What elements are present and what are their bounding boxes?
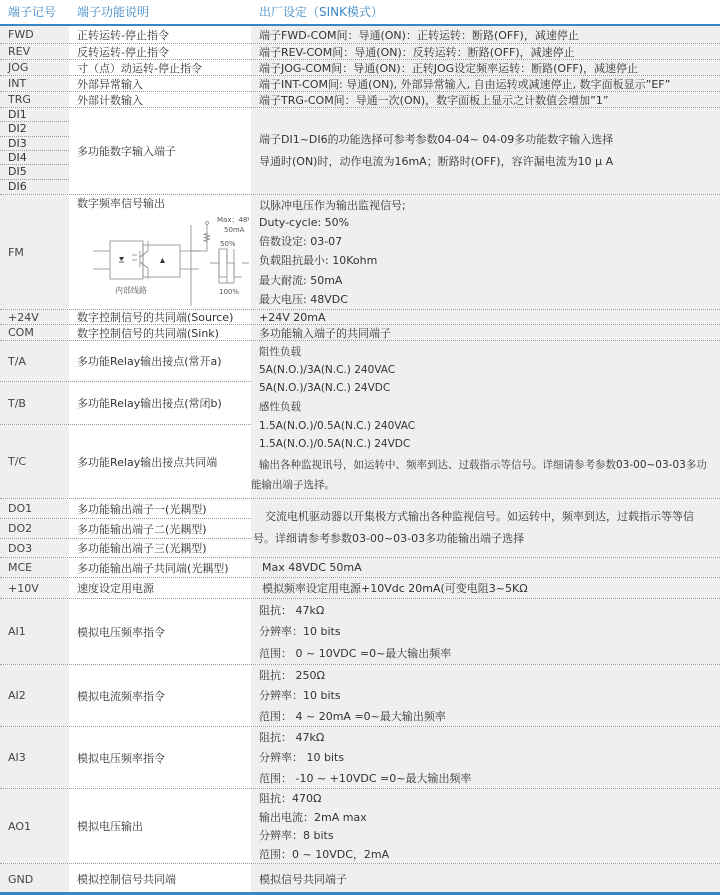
do-desc: 交流电机驱动器以开集极方式输出各种监视信号。如运转中，频率到达，过载指示等等信号… — [251, 506, 720, 550]
fm-diagram-internal-label: 内部线路 — [115, 285, 147, 295]
terminal-default: 模拟信号共同端子 — [251, 864, 720, 894]
terminal-key: DO3 — [0, 539, 69, 557]
terminal-default: Max 48VDC 50mA — [251, 558, 720, 577]
terminal-default: 端子TRG-COM间：导通一次(ON)，数字面板上显示之计数值会增加”1” — [251, 92, 720, 107]
terminal-key: AI2 — [0, 665, 69, 726]
terminal-key: REV — [0, 44, 69, 59]
terminal-key: +24V — [0, 310, 69, 324]
terminal-key: DI1 — [0, 108, 69, 122]
terminal-spec-table: 端子记号 端子功能说明 出厂设定（SINK模式） FWD 正转运转-停止指令 端… — [0, 0, 720, 894]
terminal-key: AI1 — [0, 599, 69, 664]
terminal-function: 寸（点）动运转-停止指令 — [69, 60, 251, 75]
terminal-function: 模拟电流频率指令 — [69, 665, 251, 726]
terminal-function: 多功能数字输入端子 — [69, 108, 251, 194]
terminal-function: 模拟电压频率指令 — [69, 727, 251, 788]
terminal-default: 交流电机驱动器以开集极方式输出各种监视信号。如运转中，频率到达，过载指示等等信号… — [251, 499, 720, 557]
table-row-10v: +10V 速度设定用电源 模拟频率设定用电源+10Vdc 20mA(可变电阻3~… — [0, 578, 720, 599]
fm-desc-list: 以脉冲电压作为输出监视信号; Duty-cycle: 50% 倍数设定: 03-… — [259, 195, 406, 309]
relay-desc-line: 1.5A(N.O.)/0.5A(N.C.) 24VDC — [259, 438, 720, 450]
terminal-default: 端子INT-COM间: 导通(ON), 外部异常输入, 自由运转或减速停止, 数… — [251, 76, 720, 91]
terminal-key: DI3 — [0, 137, 69, 151]
relay-desc-line: 1.5A(N.O.)/0.5A(N.C.) 240VAC — [259, 420, 720, 432]
ai2-desc-line: 分辨率：10 bits — [259, 687, 446, 703]
table-row-gnd: GND 模拟控制信号共同端 模拟信号共同端子 — [0, 864, 720, 894]
terminal-function: 模拟电压频率指令 — [69, 599, 251, 664]
relay-desc-line: 输出各种监视讯号，如运转中、频率到达、过载指示等信号。详细请参考参数03-00~… — [251, 455, 720, 495]
terminal-key: FM — [0, 195, 69, 309]
fm-diagram-period: 100% — [219, 288, 239, 296]
terminal-key: DO2 — [0, 519, 69, 538]
terminal-function: 数字频率信号输出 — [69, 195, 251, 309]
header-function: 端子功能说明 — [69, 0, 251, 24]
terminal-function: 反转运转-停止指令 — [69, 44, 251, 59]
table-row-tb: T/B 多功能Relay输出接点(常闭b) — [0, 382, 251, 425]
ai2-desc-list: 阻抗： 250Ω 分辨率：10 bits 范围： 4 ~ 20mA =0~最大输… — [259, 665, 446, 726]
ai3-desc-line: 分辨率： 10 bits — [259, 749, 472, 765]
table-row-do3: DO3 多功能输出端子三(光耦型) — [0, 539, 251, 557]
relay-desc-line: 阻性负载 — [259, 344, 720, 359]
terminal-function: 多功能Relay输出接点(常闭b) — [69, 382, 251, 424]
fm-desc-line: 倍数设定: 03-07 — [259, 233, 406, 249]
table-header: 端子记号 端子功能说明 出厂设定（SINK模式） — [0, 0, 720, 26]
table-row-relay-group: T/A 多功能Relay输出接点(常开a) T/B 多功能Relay输出接点(常… — [0, 341, 720, 499]
relay-desc-list: 阻性负载 5A(N.O.)/3A(N.C.) 240VAC 5A(N.O.)/3… — [259, 341, 720, 498]
table-row-do-group: DO1 多功能输出端子一(光耦型) DO2 多功能输出端子二(光耦型) DO3 … — [0, 499, 720, 558]
terminal-default: 阻抗： 47kΩ 分辨率： 10 bits 范围： -10 ~ +10VDC =… — [251, 727, 720, 788]
terminal-key: JOG — [0, 60, 69, 75]
table-row-jog: JOG 寸（点）动运转-停止指令 端子JOG-COM间：导通(ON)：正转JOG… — [0, 60, 720, 76]
relay-desc-line: 5A(N.O.)/3A(N.C.) 240VAC — [259, 364, 720, 376]
terminal-key: DI2 — [0, 122, 69, 136]
terminal-function: 多功能Relay输出接点(常开a) — [69, 341, 251, 381]
terminal-key: TRG — [0, 92, 69, 107]
table-row-ai3: AI3 模拟电压频率指令 阻抗： 47kΩ 分辨率： 10 bits 范围： -… — [0, 727, 720, 789]
table-row-com: COM 数字控制信号的共同端(Sink) 多功能输入端子的共同端子 — [0, 325, 720, 341]
terminal-default: 阻抗： 250Ω 分辨率：10 bits 范围： 4 ~ 20mA =0~最大输… — [251, 665, 720, 726]
terminal-function: 模拟控制信号共同端 — [69, 864, 251, 894]
fm-desc-line: Duty-cycle: 50% — [259, 216, 406, 229]
ai3-desc-line: 范围： -10 ~ +10VDC =0~最大输出频率 — [259, 770, 472, 786]
fm-desc-line: 以脉冲电压作为输出监视信号; — [259, 197, 406, 213]
terminal-default: 端子FWD-COM间：导通(ON)：正转运转：断路(OFF)，减速停止 — [251, 26, 720, 43]
table-row-24v: +24V 数字控制信号的共同端(Source) +24V 20mA — [0, 310, 720, 325]
terminal-default: 以脉冲电压作为输出监视信号; Duty-cycle: 50% 倍数设定: 03-… — [251, 195, 720, 309]
table-row-fwd: FWD 正转运转-停止指令 端子FWD-COM间：导通(ON)：正转运转：断路(… — [0, 26, 720, 44]
table-row-tc: T/C 多功能Relay输出接点共同端 — [0, 425, 251, 498]
di-desc-line: 导通时(ON)时，动作电流为16mA；断路时(OFF)，容许漏电流为10 μ A — [259, 151, 613, 173]
ai1-desc-line: 分辨率：10 bits — [259, 623, 451, 639]
terminal-function: 多功能输出端子一(光耦型) — [69, 499, 251, 518]
fm-diagram-max-voltage: Max；48V — [217, 216, 249, 224]
optocoupler-circuit-diagram: Max；48V 50mA 50% 100% 内部线路 — [77, 211, 249, 307]
terminal-key: +10V — [0, 578, 69, 598]
ai2-desc-line: 阻抗： 250Ω — [259, 667, 446, 683]
do-left: DO1 多功能输出端子一(光耦型) DO2 多功能输出端子二(光耦型) DO3 … — [0, 499, 251, 557]
ao1-desc-line: 范围：0 ~ 10VDC，2mA — [259, 846, 389, 862]
fm-function-label: 数字频率信号输出 — [77, 197, 165, 211]
terminal-key: DO1 — [0, 499, 69, 518]
terminal-default: 模拟频率设定用电源+10Vdc 20mA(可变电阻3~5KΩ — [251, 578, 720, 598]
terminal-function: 数字控制信号的共同端(Sink) — [69, 325, 251, 340]
table-row-ao1: AO1 模拟电压输出 阻抗：470Ω 输出电流：2mA max 分辨率：8 bi… — [0, 789, 720, 864]
terminal-key: AO1 — [0, 789, 69, 863]
header-default: 出厂设定（SINK模式） — [251, 0, 720, 24]
terminal-key: GND — [0, 864, 69, 894]
ai3-desc-line: 阻抗： 47kΩ — [259, 729, 472, 745]
terminal-key: DI4 — [0, 151, 69, 165]
terminal-function: 模拟电压输出 — [69, 789, 251, 863]
terminal-default: 端子REV-COM间：导通(ON)：反转运转：断路(OFF)，减速停止 — [251, 44, 720, 59]
table-row-ai2: AI2 模拟电流频率指令 阻抗： 250Ω 分辨率：10 bits 范围： 4 … — [0, 665, 720, 727]
table-row-di-group: DI1 DI2 DI3 DI4 DI5 DI6 多功能数字输入端子 端子DI1~… — [0, 108, 720, 195]
terminal-function: 外部异常输入 — [69, 76, 251, 91]
table-row-mce: MCE 多功能输出端子共同端(光耦型) Max 48VDC 50mA — [0, 558, 720, 578]
relay-desc-line: 感性负载 — [259, 399, 720, 414]
terminal-function: 多功能Relay输出接点共同端 — [69, 425, 251, 498]
terminal-key: FWD — [0, 26, 69, 43]
terminal-function: 多功能输出端子共同端(光耦型) — [69, 558, 251, 577]
terminal-default: 多功能输入端子的共同端子 — [251, 325, 720, 340]
terminal-default: 端子JOG-COM间：导通(ON)：正转JOG设定频率运转：断路(OFF)，减速… — [251, 60, 720, 75]
table-row-ta: T/A 多功能Relay输出接点(常开a) — [0, 341, 251, 382]
di-desc-line: 端子DI1~DI6的功能选择可参考参数04-04~ 04-09多功能数字输入选择 — [259, 129, 613, 151]
terminal-function: 数字控制信号的共同端(Source) — [69, 310, 251, 324]
terminal-key: T/C — [0, 425, 69, 498]
terminal-function: 多功能输出端子三(光耦型) — [69, 539, 251, 557]
terminal-key: T/A — [0, 341, 69, 381]
terminal-default: 阻抗： 47kΩ 分辨率：10 bits 范围： 0 ~ 10VDC =0~最大… — [251, 599, 720, 664]
fm-desc-line: 最大耐流: 50mA — [259, 272, 406, 288]
table-row-fm: FM 数字频率信号输出 — [0, 195, 720, 310]
ao1-desc-line: 输出电流：2mA max — [259, 809, 389, 825]
fm-diagram-max-current: 50mA — [224, 226, 245, 234]
ao1-desc-list: 阻抗：470Ω 输出电流：2mA max 分辨率：8 bits 范围：0 ~ 1… — [259, 789, 389, 863]
di-keys: DI1 DI2 DI3 DI4 DI5 DI6 — [0, 108, 69, 194]
ao1-desc-line: 阻抗：470Ω — [259, 790, 389, 806]
relay-left: T/A 多功能Relay输出接点(常开a) T/B 多功能Relay输出接点(常… — [0, 341, 251, 498]
terminal-function: 多功能输出端子二(光耦型) — [69, 519, 251, 538]
terminal-key: DI6 — [0, 180, 69, 194]
terminal-key: T/B — [0, 382, 69, 424]
terminal-default: +24V 20mA — [251, 310, 720, 324]
ai1-desc-line: 阻抗： 47kΩ — [259, 602, 451, 618]
ai3-desc-list: 阻抗： 47kΩ 分辨率： 10 bits 范围： -10 ~ +10VDC =… — [259, 727, 472, 788]
table-row-rev: REV 反转运转-停止指令 端子REV-COM间：导通(ON)：反转运转：断路(… — [0, 44, 720, 60]
terminal-default: 阻抗：470Ω 输出电流：2mA max 分辨率：8 bits 范围：0 ~ 1… — [251, 789, 720, 863]
terminal-key: MCE — [0, 558, 69, 577]
table-row-do2: DO2 多功能输出端子二(光耦型) — [0, 519, 251, 539]
header-terminal: 端子记号 — [0, 0, 69, 24]
fm-desc-line: 最大电压: 48VDC — [259, 291, 406, 307]
terminal-key: COM — [0, 325, 69, 340]
ai1-desc-list: 阻抗： 47kΩ 分辨率：10 bits 范围： 0 ~ 10VDC =0~最大… — [259, 599, 451, 664]
ai1-desc-line: 范围： 0 ~ 10VDC =0~最大输出频率 — [259, 645, 451, 661]
terminal-key: DI5 — [0, 165, 69, 179]
relay-desc-line: 5A(N.O.)/3A(N.C.) 24VDC — [259, 382, 720, 394]
terminal-default: 阻性负载 5A(N.O.)/3A(N.C.) 240VAC 5A(N.O.)/3… — [251, 341, 720, 498]
ao1-desc-line: 分辨率：8 bits — [259, 827, 389, 843]
terminal-key: INT — [0, 76, 69, 91]
terminal-function: 正转运转-停止指令 — [69, 26, 251, 43]
table-row-int: INT 外部异常输入 端子INT-COM间: 导通(ON), 外部异常输入, 自… — [0, 76, 720, 92]
table-row-trg: TRG 外部计数输入 端子TRG-COM间：导通一次(ON)，数字面板上显示之计… — [0, 92, 720, 108]
terminal-key: AI3 — [0, 727, 69, 788]
table-row-ai1: AI1 模拟电压频率指令 阻抗： 47kΩ 分辨率：10 bits 范围： 0 … — [0, 599, 720, 665]
terminal-function: 外部计数输入 — [69, 92, 251, 107]
terminal-function: 速度设定用电源 — [69, 578, 251, 598]
fm-diagram-duty: 50% — [220, 240, 236, 248]
ai2-desc-line: 范围： 4 ~ 20mA =0~最大输出频率 — [259, 708, 446, 724]
fm-desc-line: 负载阻抗最小: 10Kohm — [259, 252, 406, 268]
terminal-default: 端子DI1~DI6的功能选择可参考参数04-04~ 04-09多功能数字输入选择… — [251, 108, 720, 194]
table-row-do1: DO1 多功能输出端子一(光耦型) — [0, 499, 251, 519]
